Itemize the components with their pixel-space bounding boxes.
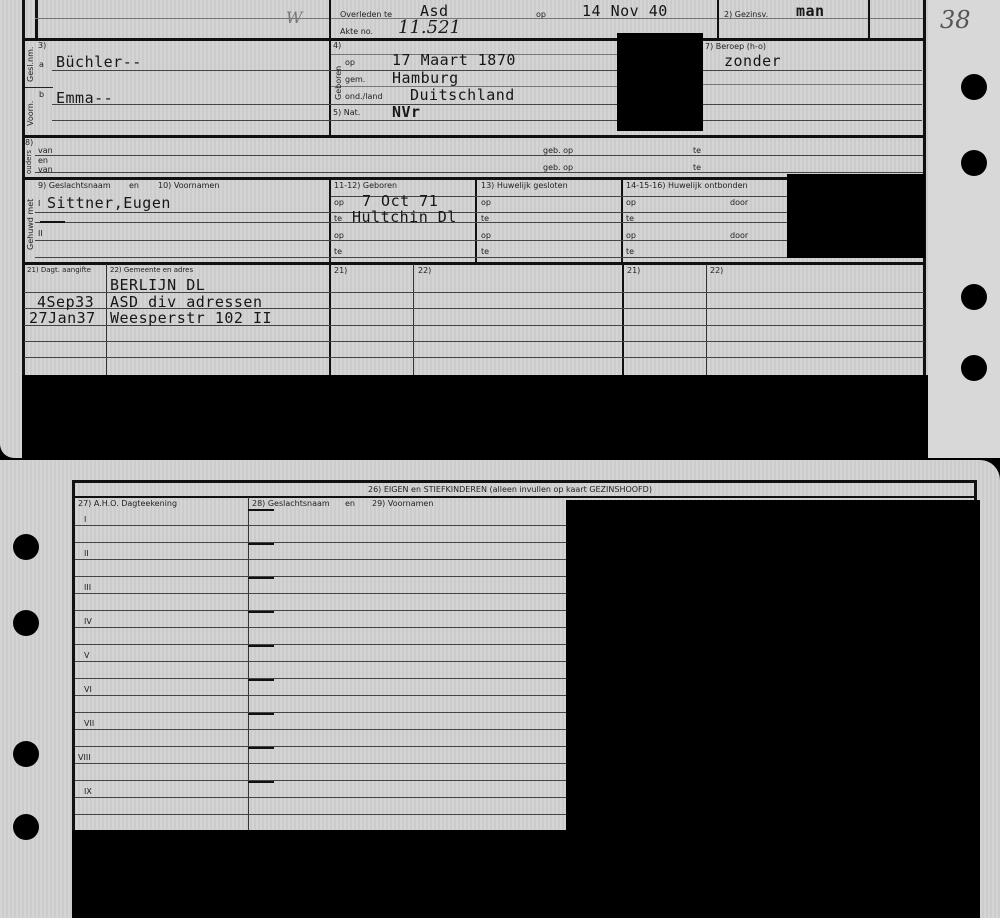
- child-row-tick: [248, 747, 274, 749]
- ontbonden-label: 14-15-16) Huwelijk ontbonden: [626, 181, 748, 190]
- rule: [475, 178, 477, 264]
- op-label: op: [536, 10, 546, 19]
- ouders-en: en: [38, 156, 48, 165]
- nat-value: NVr: [392, 103, 421, 121]
- child-row-label: VIII: [78, 753, 91, 762]
- nat-label: 5) Nat.: [333, 108, 360, 117]
- rule: [75, 661, 566, 662]
- rule: [75, 542, 566, 543]
- voornamen-label: 10) Voornamen: [158, 181, 219, 190]
- redaction-bottom: [22, 375, 928, 458]
- spouse-birth-place: Hultchin Dl: [352, 208, 457, 226]
- child-row-tick: [248, 543, 274, 545]
- rule: [75, 695, 566, 696]
- redaction-bottom: [72, 830, 980, 918]
- rule: [75, 814, 566, 815]
- child-row-tick: [248, 611, 274, 613]
- ouders-geb-op-2: geb. op: [543, 163, 573, 172]
- beroep-value: zonder: [724, 52, 781, 70]
- child-row-tick: [248, 781, 274, 783]
- akte-no-label: Akte no.: [340, 27, 373, 36]
- child-row-label: II: [84, 549, 89, 558]
- bottom-children-card: 26) EIGEN en STIEFKINDEREN (alleen invul…: [0, 460, 1000, 918]
- gemeente-adres-label: 22) Gemeente en adres: [110, 266, 193, 274]
- beroep-label: 7) Beroep (h-o): [705, 42, 766, 51]
- punch-hole: [13, 814, 39, 840]
- rule: [72, 480, 977, 483]
- birth-land-value: Duitschland: [410, 86, 515, 104]
- frame-left: [22, 0, 25, 376]
- field-4-number: 4): [333, 41, 341, 50]
- geslnm-side-label: Gesl.nm.: [26, 47, 35, 82]
- rule: [24, 357, 924, 358]
- rule: [75, 644, 566, 645]
- ontbonden-te2: te: [626, 247, 634, 256]
- rule: [717, 0, 719, 38]
- child-row-tick: [248, 645, 274, 647]
- gesloten-te2: te: [481, 247, 489, 256]
- row-I-label: I: [38, 199, 40, 208]
- child-row-label: IX: [84, 787, 92, 796]
- rule: [703, 84, 923, 85]
- field-3-number: 3): [38, 41, 46, 50]
- ontbonden-op1: op: [626, 198, 636, 207]
- firstname-value: Emma--: [56, 89, 113, 107]
- ouders-side-label: ouders: [25, 150, 33, 174]
- punch-hole: [961, 150, 987, 176]
- rule: [75, 593, 566, 594]
- punch-hole: [13, 610, 39, 636]
- ontbonden-op2: op: [626, 231, 636, 240]
- child-row-tick: [248, 577, 274, 579]
- overleden-te-label: Overleden te: [340, 10, 392, 19]
- punch-hole: [961, 284, 987, 310]
- a-label: a: [39, 60, 44, 69]
- punch-hole: [961, 74, 987, 100]
- spouse-op2-label: op: [334, 231, 344, 240]
- birth-land-label: ond./land: [345, 92, 383, 101]
- redaction-photo: [617, 33, 703, 131]
- geslachtsnaam-label: 9) Geslachtsnaam: [38, 181, 111, 190]
- birth-gem-label: gem.: [345, 75, 365, 84]
- col4-label: 22): [418, 266, 431, 275]
- rule: [329, 0, 331, 38]
- rule: [75, 729, 566, 730]
- rule: [22, 38, 926, 41]
- rule: [75, 780, 566, 781]
- gesloten-op1: op: [481, 198, 491, 207]
- address-date-3: 27Jan37: [29, 309, 96, 327]
- child-row-label: VII: [84, 719, 94, 728]
- geboren-label: 11-12) Geboren: [334, 181, 397, 190]
- birth-date-value: 17 Maart 1870: [392, 51, 516, 69]
- rule: [72, 496, 977, 498]
- punch-hole: [961, 355, 987, 381]
- gesloten-label: 13) Huwelijk gesloten: [481, 181, 568, 190]
- child-row-label: IV: [84, 617, 92, 626]
- rule: [75, 627, 566, 628]
- card-number: 38: [940, 6, 971, 34]
- child-row-label: V: [84, 651, 89, 660]
- rule: [868, 0, 870, 38]
- punch-hole: [13, 741, 39, 767]
- rule: [22, 262, 926, 265]
- rule: [622, 264, 624, 376]
- corner-mark: W: [286, 8, 302, 27]
- rule: [329, 264, 331, 376]
- rule: [22, 177, 792, 180]
- gehuwd-met-side-label: Gehuwd met: [26, 199, 35, 250]
- rule: [75, 576, 566, 577]
- col6-label: 22): [710, 266, 723, 275]
- geslachtsnaam-label: 28) Geslachtsnaam: [252, 499, 330, 508]
- birth-op-label: op: [345, 58, 355, 67]
- rule: [52, 70, 922, 71]
- rule: [75, 559, 566, 560]
- field-8-number: 8): [25, 138, 33, 147]
- voornamen-label: 29) Voornamen: [372, 499, 433, 508]
- child-row-tick: [248, 713, 274, 715]
- address-row-3: Weesperstr 102 II: [110, 309, 272, 327]
- rule: [22, 135, 926, 138]
- surname-value: Büchler--: [56, 53, 142, 71]
- rule: [75, 712, 566, 713]
- rule: [40, 221, 65, 223]
- right-margin-strip: [928, 0, 1000, 458]
- birth-gem-value: Hamburg: [392, 69, 459, 87]
- spouse-name-value: Sittner,Eugen: [47, 194, 171, 212]
- rule: [75, 678, 566, 679]
- spouse-op1-label: op: [334, 198, 344, 207]
- child-row-tick: [248, 509, 274, 511]
- rule: [24, 341, 924, 342]
- ouders-te-1: te: [693, 146, 701, 155]
- rule: [75, 610, 566, 611]
- gesloten-te1: te: [481, 214, 489, 223]
- en-label: en: [345, 499, 355, 508]
- akte-no-value: 11.521: [398, 17, 461, 38]
- ouders-geb-op-1: geb. op: [543, 146, 573, 155]
- punch-hole: [13, 534, 39, 560]
- rule: [706, 264, 707, 376]
- child-row-label: III: [84, 583, 91, 592]
- voorn-side-label: Voorn.: [26, 101, 35, 126]
- children-section-title: 26) EIGEN en STIEFKINDEREN (alleen invul…: [368, 485, 652, 494]
- rule: [35, 155, 923, 156]
- gesloten-op2: op: [481, 231, 491, 240]
- rule: [106, 264, 107, 376]
- top-registration-card: 38 W Overleden te Asd op 14 Nov 40 Akte …: [0, 0, 1000, 458]
- ouders-te-2: te: [693, 163, 701, 172]
- redaction-block: [787, 174, 925, 258]
- rule: [75, 763, 566, 764]
- rule: [52, 104, 922, 105]
- ouders-van-1: van: [38, 146, 53, 155]
- child-row-tick: [248, 679, 274, 681]
- child-row-label: VI: [84, 685, 92, 694]
- rule: [621, 178, 623, 264]
- dagt-aangifte-label: 21) Dagt. aangifte: [27, 266, 91, 274]
- rule: [52, 120, 922, 121]
- rule: [25, 87, 53, 88]
- frame-inner-left: [35, 0, 38, 38]
- gezinsv-value: man: [796, 2, 825, 20]
- rule: [75, 746, 566, 747]
- en-label: en: [129, 181, 139, 190]
- b-label: b: [39, 90, 44, 99]
- geboren-side-label: Geboren: [334, 66, 343, 100]
- rule: [75, 525, 566, 526]
- ontbonden-te1: te: [626, 214, 634, 223]
- col5-label: 21): [627, 266, 640, 275]
- ontbonden-door1: door: [730, 198, 748, 207]
- aho-dagteekening-label: 27) A.H.O. Dagteekening: [78, 499, 177, 508]
- rule: [75, 797, 566, 798]
- col3-label: 21): [334, 266, 347, 275]
- rule: [35, 240, 787, 241]
- rule: [35, 172, 923, 173]
- ontbonden-door2: door: [730, 231, 748, 240]
- overleden-op-value: 14 Nov 40: [582, 2, 668, 20]
- row-II-label: II: [38, 229, 43, 238]
- gezinsv-label: 2) Gezinsv.: [724, 10, 768, 19]
- child-row-label: I: [84, 515, 86, 524]
- rule: [413, 264, 414, 376]
- rule: [329, 178, 331, 264]
- spouse-te1-label: te: [334, 214, 342, 223]
- rule: [35, 18, 923, 19]
- spouse-te2-label: te: [334, 247, 342, 256]
- address-row-1: BERLIJN DL: [110, 276, 205, 294]
